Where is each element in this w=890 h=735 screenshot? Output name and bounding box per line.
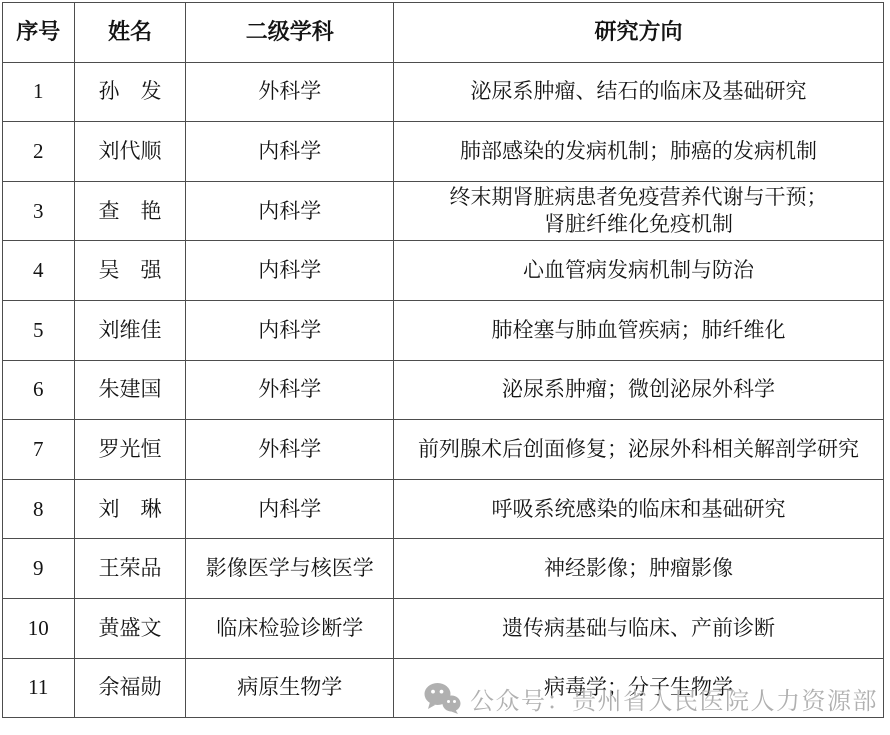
cell-discipline: 外科学 — [186, 62, 394, 122]
cell-serial: 11 — [3, 658, 75, 718]
cell-discipline: 内科学 — [186, 181, 394, 241]
cell-name: 黄盛文 — [74, 598, 186, 658]
document-page: 序号 姓名 二级学科 研究方向 1 孙 发 外科学 泌尿系肿瘤、结石的临床及基础… — [0, 0, 890, 735]
table-row: 10 黄盛文 临床检验诊断学 遗传病基础与临床、产前诊断 — [3, 598, 884, 658]
cell-direction: 呼吸系统感染的临床和基础研究 — [394, 479, 884, 539]
table-header-row: 序号 姓名 二级学科 研究方向 — [3, 3, 884, 63]
cell-discipline: 外科学 — [186, 360, 394, 420]
table-row: 3 查 艳 内科学 终末期肾脏病患者免疫营养代谢与干预； 肾脏纤维化免疫机制 — [3, 181, 884, 241]
cell-direction: 泌尿系肿瘤；微创泌尿外科学 — [394, 360, 884, 420]
cell-discipline: 内科学 — [186, 122, 394, 182]
cell-discipline: 内科学 — [186, 241, 394, 301]
header-secondary-discipline: 二级学科 — [186, 3, 394, 63]
cell-serial: 8 — [3, 479, 75, 539]
header-research-direction: 研究方向 — [394, 3, 884, 63]
table-row: 7 罗光恒 外科学 前列腺术后创面修复；泌尿外科相关解剖学研究 — [3, 420, 884, 480]
table-row: 4 吴 强 内科学 心血管病发病机制与防治 — [3, 241, 884, 301]
cell-name: 罗光恒 — [74, 420, 186, 480]
cell-discipline: 外科学 — [186, 420, 394, 480]
cell-discipline: 内科学 — [186, 300, 394, 360]
table-row: 2 刘代顺 内科学 肺部感染的发病机制；肺癌的发病机制 — [3, 122, 884, 182]
cell-direction: 肺部感染的发病机制；肺癌的发病机制 — [394, 122, 884, 182]
cell-name: 余福勋 — [74, 658, 186, 718]
cell-name: 吴 强 — [74, 241, 186, 301]
table-row: 11 余福勋 病原生物学 病毒学；分子生物学 — [3, 658, 884, 718]
cell-direction: 心血管病发病机制与防治 — [394, 241, 884, 301]
header-serial-number: 序号 — [3, 3, 75, 63]
cell-direction: 病毒学；分子生物学 — [394, 658, 884, 718]
cell-name: 王荣品 — [74, 539, 186, 599]
cell-direction: 泌尿系肿瘤、结石的临床及基础研究 — [394, 62, 884, 122]
cell-discipline: 内科学 — [186, 479, 394, 539]
header-name: 姓名 — [74, 3, 186, 63]
cell-serial: 7 — [3, 420, 75, 480]
cell-serial: 2 — [3, 122, 75, 182]
cell-name: 刘 琳 — [74, 479, 186, 539]
cell-direction: 遗传病基础与临床、产前诊断 — [394, 598, 884, 658]
cell-serial: 1 — [3, 62, 75, 122]
table-row: 9 王荣品 影像医学与核医学 神经影像；肿瘤影像 — [3, 539, 884, 599]
cell-serial: 6 — [3, 360, 75, 420]
cell-discipline: 影像医学与核医学 — [186, 539, 394, 599]
cell-name: 刘代顺 — [74, 122, 186, 182]
table-row: 5 刘维佳 内科学 肺栓塞与肺血管疾病；肺纤维化 — [3, 300, 884, 360]
cell-name: 查 艳 — [74, 181, 186, 241]
faculty-research-table: 序号 姓名 二级学科 研究方向 1 孙 发 外科学 泌尿系肿瘤、结石的临床及基础… — [2, 2, 884, 718]
table-row: 6 朱建国 外科学 泌尿系肿瘤；微创泌尿外科学 — [3, 360, 884, 420]
cell-serial: 4 — [3, 241, 75, 301]
cell-direction: 前列腺术后创面修复；泌尿外科相关解剖学研究 — [394, 420, 884, 480]
table-row: 8 刘 琳 内科学 呼吸系统感染的临床和基础研究 — [3, 479, 884, 539]
cell-serial: 9 — [3, 539, 75, 599]
table-row: 1 孙 发 外科学 泌尿系肿瘤、结石的临床及基础研究 — [3, 62, 884, 122]
cell-serial: 10 — [3, 598, 75, 658]
cell-direction: 肺栓塞与肺血管疾病；肺纤维化 — [394, 300, 884, 360]
cell-discipline: 临床检验诊断学 — [186, 598, 394, 658]
cell-name: 孙 发 — [74, 62, 186, 122]
cell-serial: 5 — [3, 300, 75, 360]
cell-name: 刘维佳 — [74, 300, 186, 360]
cell-direction: 终末期肾脏病患者免疫营养代谢与干预； 肾脏纤维化免疫机制 — [394, 181, 884, 241]
cell-discipline: 病原生物学 — [186, 658, 394, 718]
cell-direction: 神经影像；肿瘤影像 — [394, 539, 884, 599]
cell-name: 朱建国 — [74, 360, 186, 420]
cell-serial: 3 — [3, 181, 75, 241]
